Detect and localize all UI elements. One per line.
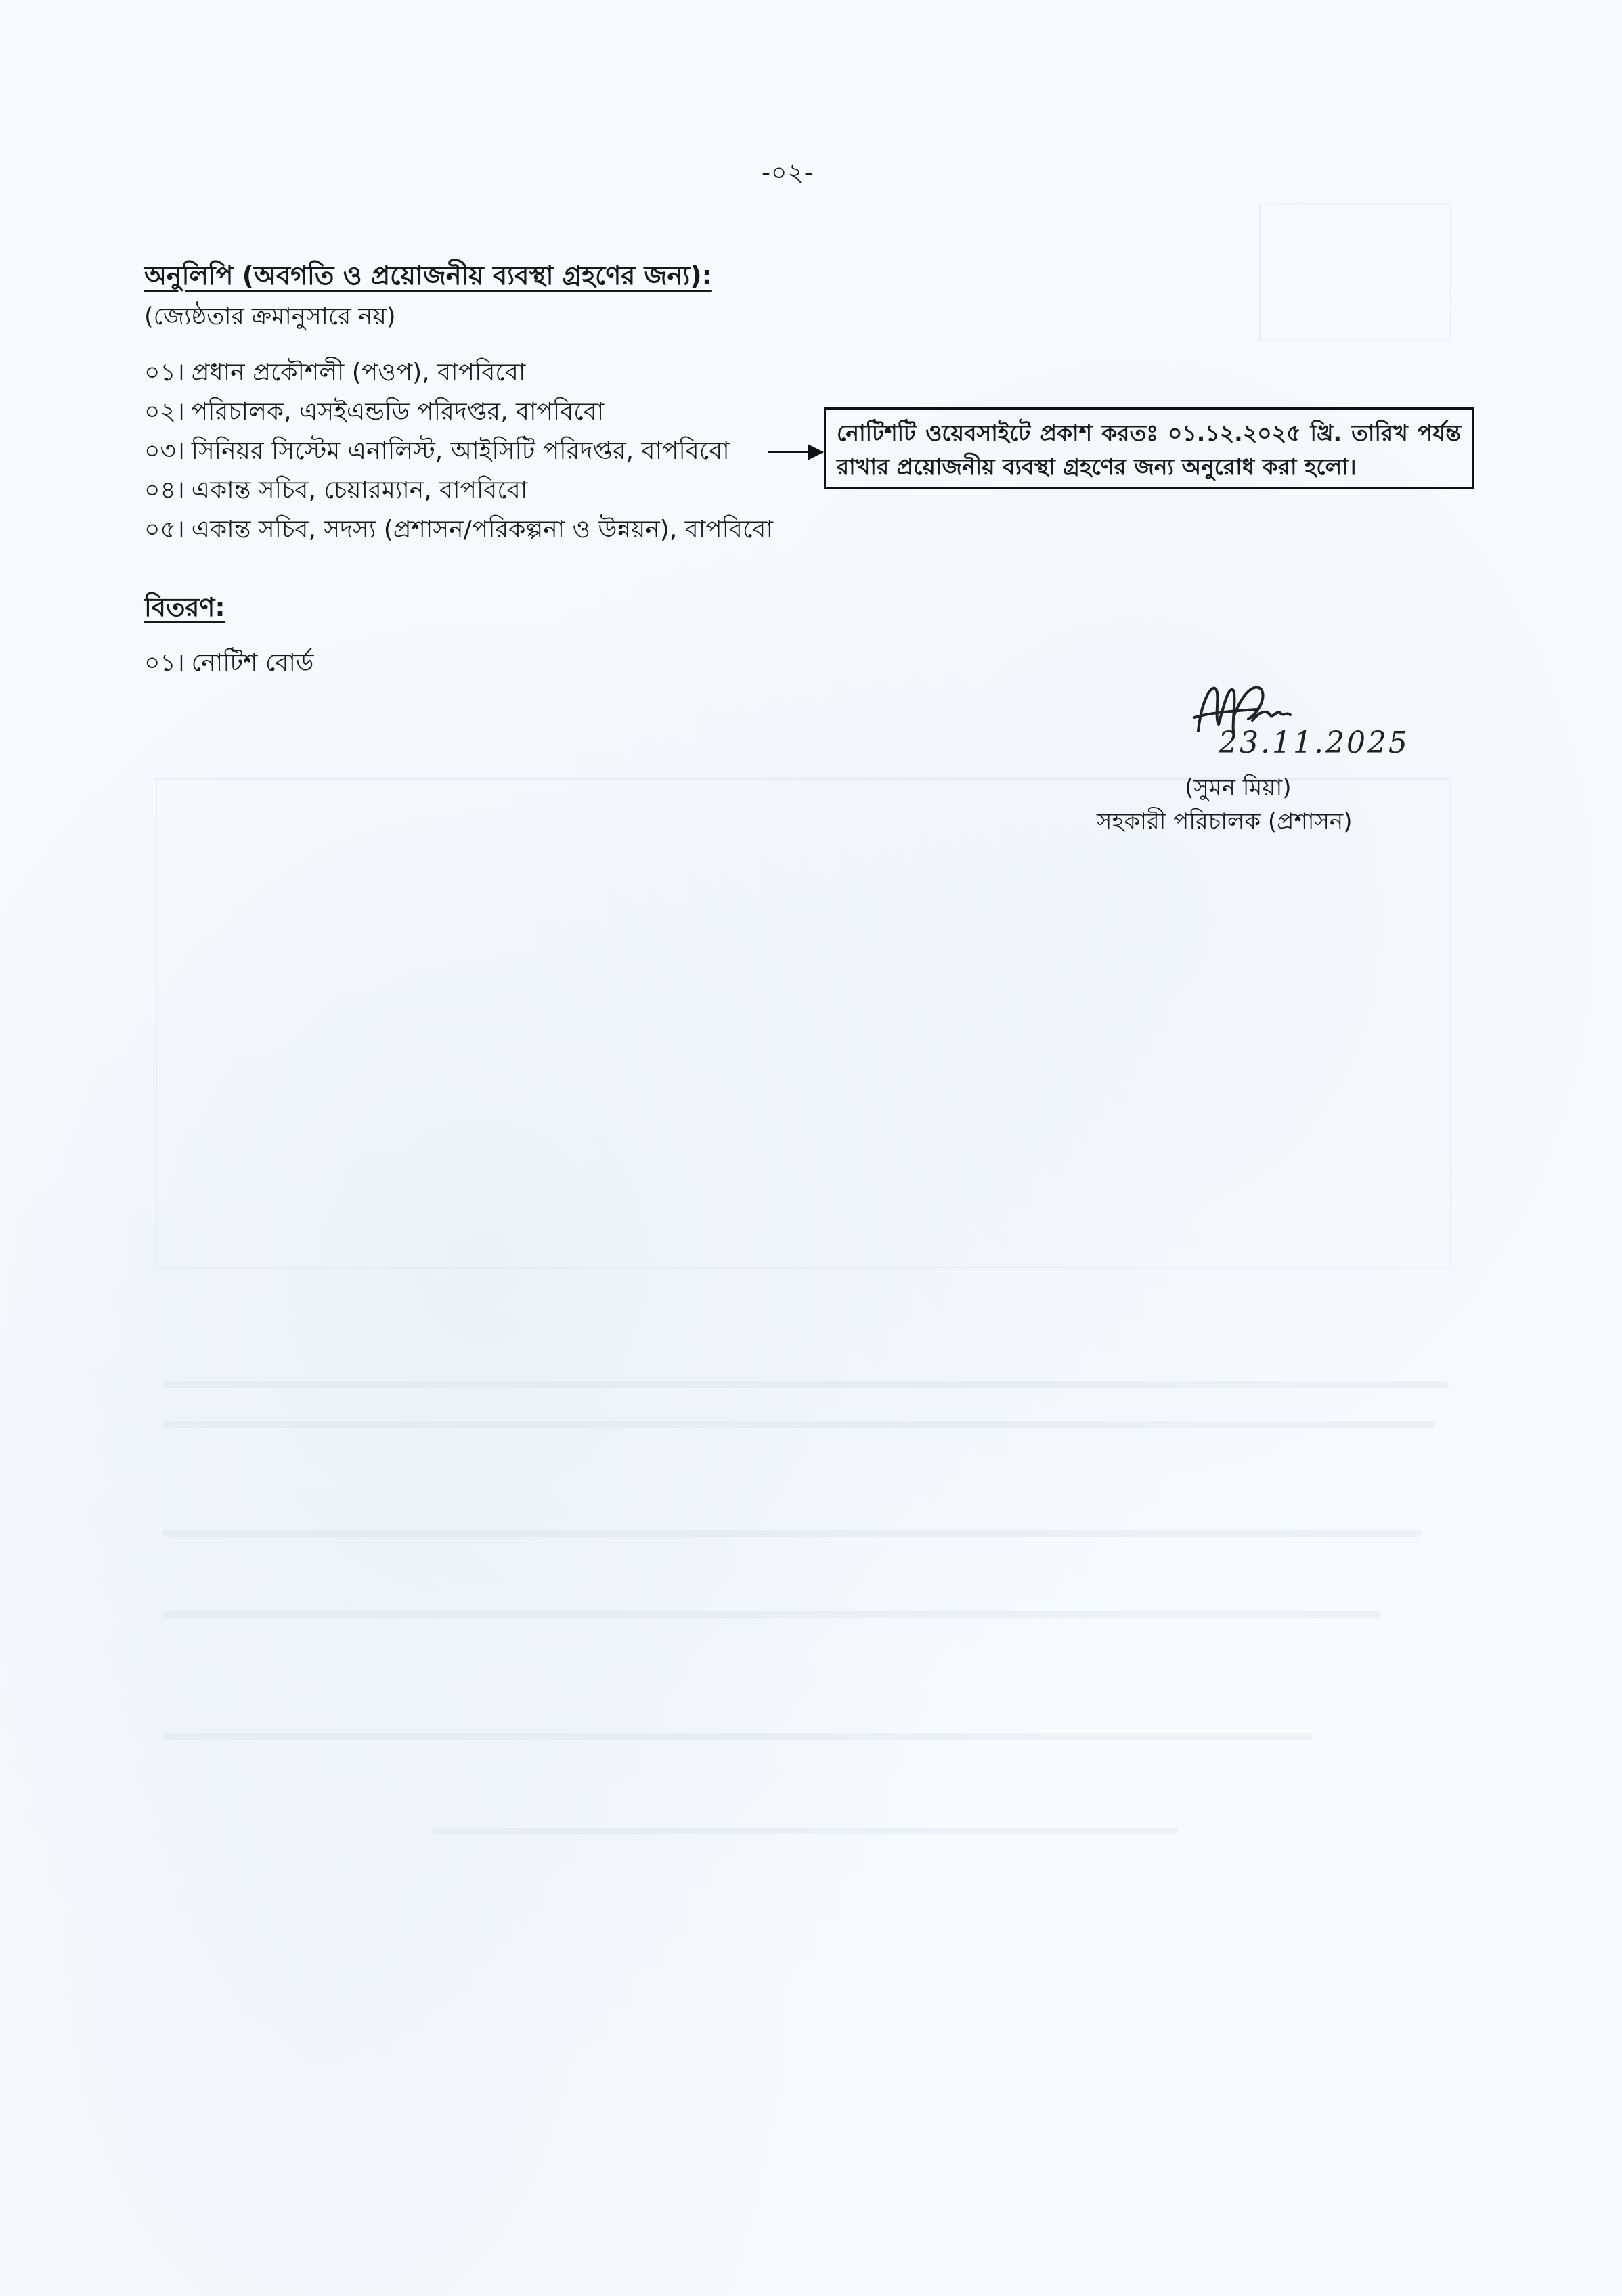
copy-to-item: ০১।প্রধান প্রকৌশলী (পওপ), বাপবিবো <box>144 353 773 393</box>
item-number: ০১। <box>144 649 185 677</box>
bleed-through-line <box>162 1381 1449 1388</box>
item-text: একান্ত সচিব, চেয়ারম্যান, বাপবিবো <box>192 477 528 504</box>
bleed-through-line <box>162 1530 1422 1537</box>
item-number: ০৪। <box>144 477 185 504</box>
page-number: -০২- <box>762 154 814 195</box>
copy-to-item: ০৩।সিনিয়র সিস্টেম এনালিস্ট, আইসিটি পরিদ… <box>144 432 773 471</box>
item-number: ০৫। <box>144 516 185 544</box>
copy-to-item: ০২।পরিচালক, এসইএন্ডডি পরিদপ্তর, বাপবিবো <box>144 393 773 432</box>
copy-to-subheading: (জ্যেষ্ঠতার ক্রমানুসারে নয়) <box>144 298 396 338</box>
signer-name: (সুমন মিয়া) <box>1185 770 1291 809</box>
bleed-through-table <box>156 778 1451 1268</box>
signer-title: সহকারী পরিচালক (প্রশাসন) <box>1097 804 1353 843</box>
copy-to-heading: অনুলিপি (অবগতি ও প্রয়োজনীয় ব্যবস্থা গ্… <box>144 256 712 299</box>
arrow-right-icon <box>768 444 824 460</box>
copy-to-item: ০৪।একান্ত সচিব, চেয়ারম্যান, বাপবিবো <box>144 471 773 510</box>
distribution-heading: বিতরণ: <box>144 588 225 631</box>
item-text: প্রধান প্রকৌশলী (পওপ), বাপবিবো <box>192 359 526 387</box>
item-text: পরিচালক, এসইএন্ডডি পরিদপ্তর, বাপবিবো <box>192 398 604 426</box>
distribution-list: ০১।নোটিশ বোর্ড <box>144 646 313 680</box>
bleed-through-line <box>433 1828 1178 1834</box>
document-page: -০২- অনুলিপি (অবগতি ও প্রয়োজনীয় ব্যবস্… <box>0 0 1622 2296</box>
bleed-through-line <box>162 1611 1381 1618</box>
item-text: সিনিয়র সিস্টেম এনালিস্ট, আইসিটি পরিদপ্ত… <box>192 437 730 465</box>
website-publish-notice-box: নোটিশটি ওয়েবসাইটে প্রকাশ করতঃ ০১.১২.২০২… <box>824 407 1474 489</box>
item-text: নোটিশ বোর্ড <box>192 649 314 677</box>
item-text: একান্ত সচিব, সদস্য (প্রশাসন/পরিকল্পনা ও … <box>192 516 773 544</box>
copy-to-list: ০১।প্রধান প্রকৌশলী (পওপ), বাপবিবো ০২।পরি… <box>144 353 773 550</box>
distribution-item: ০১।নোটিশ বোর্ড <box>144 646 313 680</box>
copy-to-item: ০৫।একান্ত সচিব, সদস্য (প্রশাসন/পরিকল্পনা… <box>144 510 773 550</box>
item-number: ০৩। <box>144 437 185 465</box>
handwritten-date: 23.11.2025 <box>1219 726 1409 760</box>
item-number: ০২। <box>144 398 185 426</box>
bleed-through-line <box>162 1421 1435 1428</box>
bleed-through-line <box>162 1733 1313 1740</box>
item-number: ০১। <box>144 359 185 387</box>
bleed-through-box <box>1259 203 1451 341</box>
